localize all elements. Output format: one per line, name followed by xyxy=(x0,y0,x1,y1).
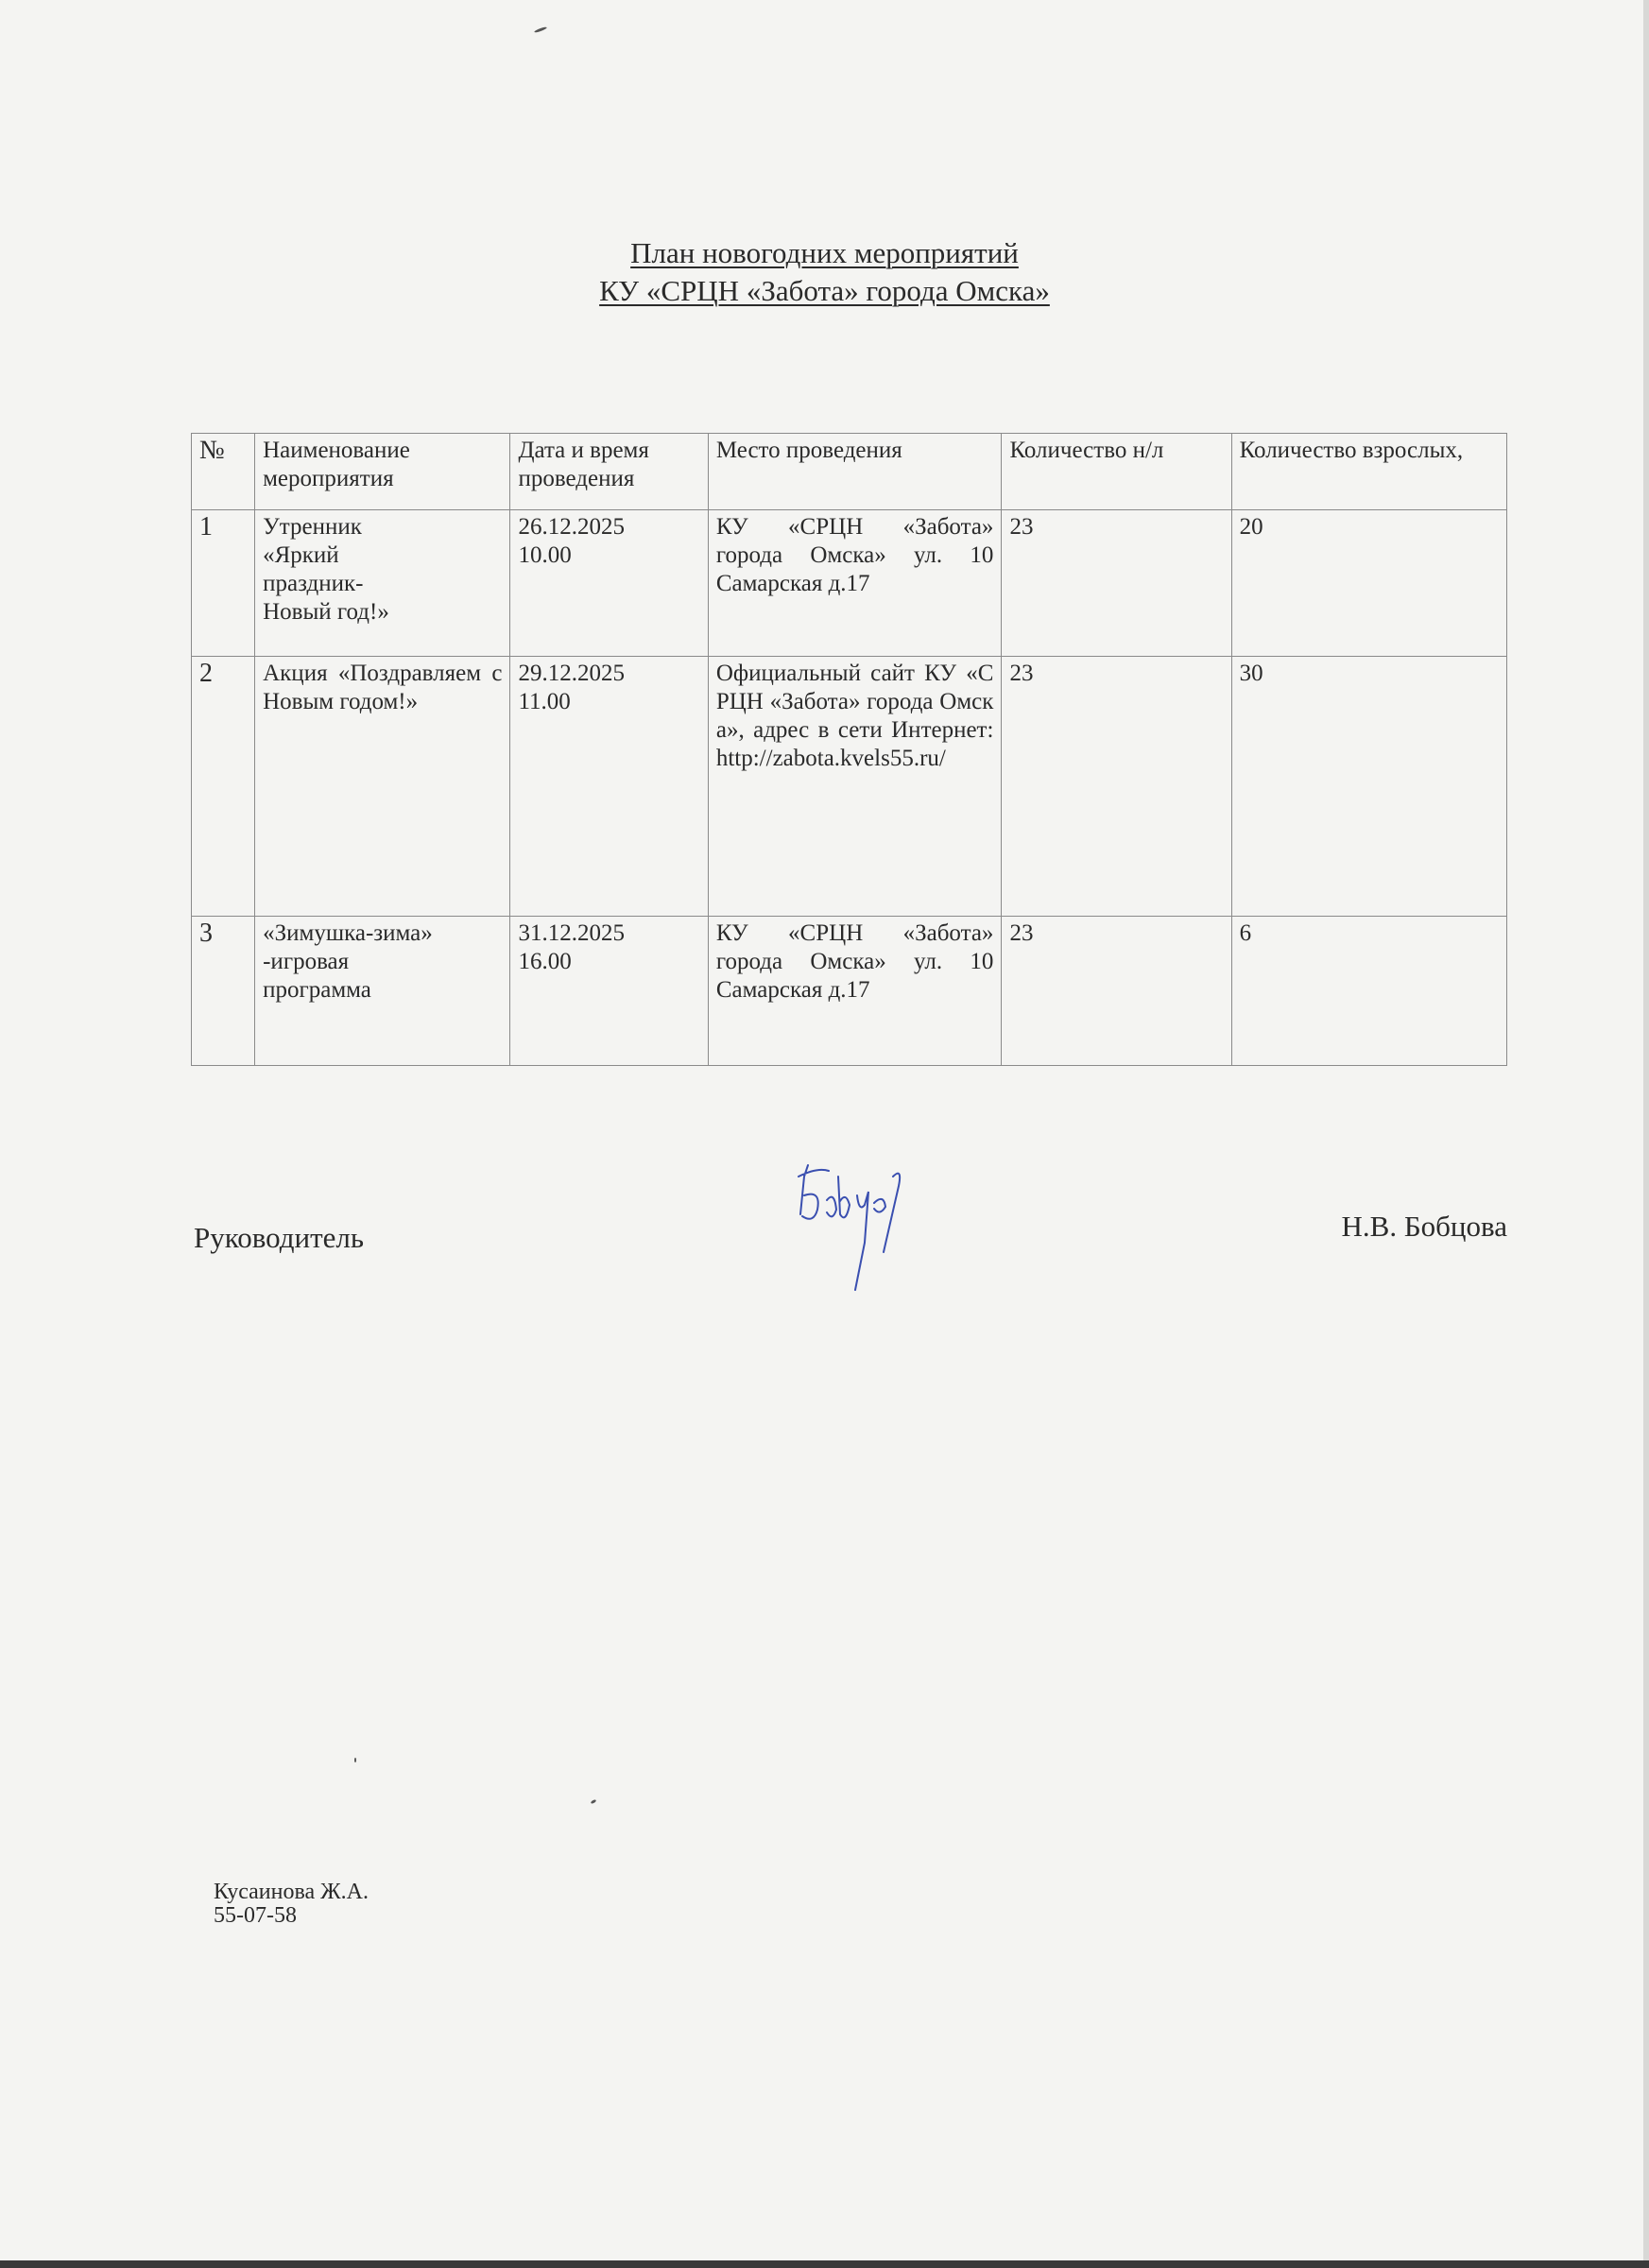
event-datetime: 29.12.2025 11.00 xyxy=(510,657,708,917)
event-place: Официальный сайт КУ «СРЦН «Забота» город… xyxy=(708,657,1002,917)
scan-bottom-edge xyxy=(0,2260,1649,2268)
scan-speck xyxy=(354,1758,356,1762)
adults-count: 6 xyxy=(1231,917,1506,1066)
table-header-row: № Наименование мероприятия Дата и время … xyxy=(192,434,1507,510)
header-datetime: Дата и время проведения xyxy=(510,434,708,510)
event-datetime: 31.12.2025 16.00 xyxy=(510,917,708,1066)
header-number: № xyxy=(192,434,255,510)
signer-name: Н.В. Бобцова xyxy=(1342,1210,1507,1244)
header-event-name: Наименование мероприятия xyxy=(255,434,510,510)
event-datetime: 26.12.2025 10.00 xyxy=(510,510,708,657)
event-name: «Зимушка-зима» -игровая программа xyxy=(255,917,510,1066)
handwritten-signature xyxy=(780,1158,950,1299)
document-title: План новогодних мероприятий КУ «СРЦН «За… xyxy=(0,234,1649,310)
scan-page-edge xyxy=(1643,0,1649,2268)
row-number: 3 xyxy=(192,917,255,1066)
event-name: Акция «Поздравляем с Новым годом!» xyxy=(255,657,510,917)
header-kids-count: Количество н/л xyxy=(1002,434,1231,510)
title-line-1: План новогодних мероприятий xyxy=(630,236,1019,269)
executor-info: Кусаинова Ж.А. 55-07-58 xyxy=(214,1881,369,1928)
signer-role: Руководитель xyxy=(194,1221,364,1255)
row-number: 1 xyxy=(192,510,255,657)
events-table: № Наименование мероприятия Дата и время … xyxy=(191,433,1507,1066)
executor-phone: 55-07-58 xyxy=(214,1904,369,1928)
table-row: 3 «Зимушка-зима» -игровая программа 31.1… xyxy=(192,917,1507,1066)
kids-count: 23 xyxy=(1002,510,1231,657)
kids-count: 23 xyxy=(1002,657,1231,917)
executor-name: Кусаинова Ж.А. xyxy=(214,1881,369,1904)
adults-count: 30 xyxy=(1231,657,1506,917)
table-row: 2 Акция «Поздравляем с Новым годом!» 29.… xyxy=(192,657,1507,917)
event-place: КУ «СРЦН «Забота» города Омска» ул. 10 С… xyxy=(708,510,1002,657)
event-place: КУ «СРЦН «Забота» города Омска» ул. 10 С… xyxy=(708,917,1002,1066)
adults-count: 20 xyxy=(1231,510,1506,657)
header-adults-count: Количество взрослых, xyxy=(1231,434,1506,510)
header-place: Место проведения xyxy=(708,434,1002,510)
scan-speck xyxy=(591,1799,597,1805)
table-row: 1 Утренник «Яркий праздник- Новый год!» … xyxy=(192,510,1507,657)
kids-count: 23 xyxy=(1002,917,1231,1066)
event-name: Утренник «Яркий праздник- Новый год!» xyxy=(255,510,510,657)
scan-speck xyxy=(534,26,547,34)
title-line-2: КУ «СРЦН «Забота» города Омска» xyxy=(599,274,1050,307)
row-number: 2 xyxy=(192,657,255,917)
